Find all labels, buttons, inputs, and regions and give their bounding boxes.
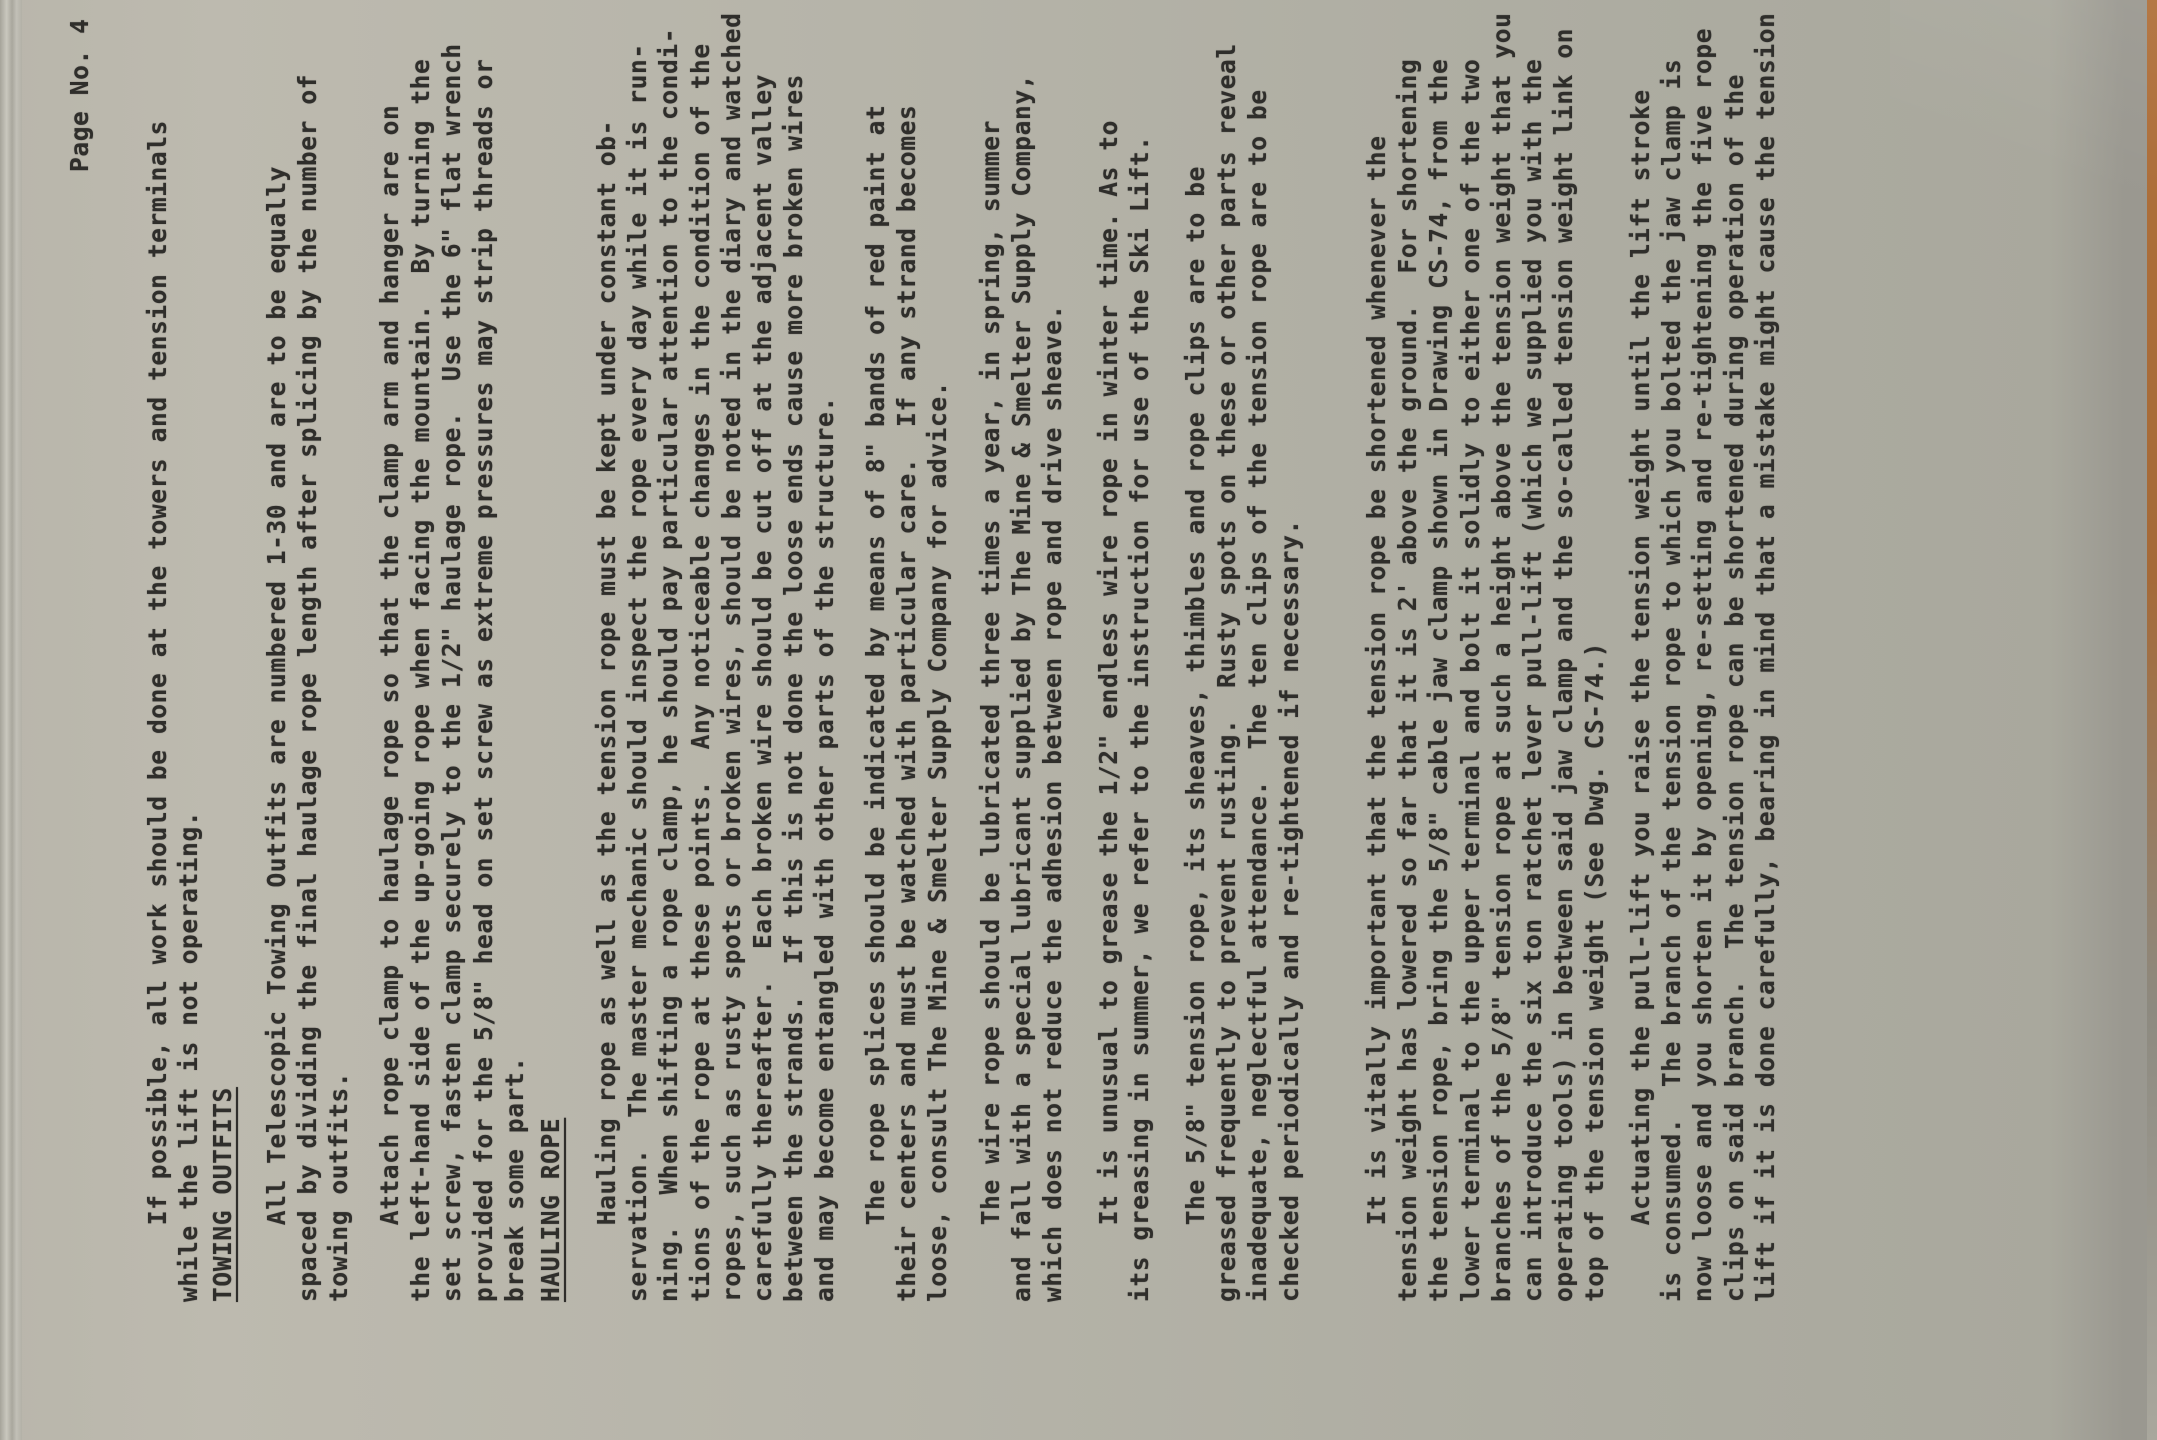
paragraph-line: checked periodically and re-tightened if…: [1274, 519, 1305, 1302]
paragraph-line: its greasing in summer, we refer to the …: [1124, 135, 1155, 1302]
paragraph-line: is consumed. The branch of the tension r…: [1656, 59, 1687, 1302]
paragraph-line: carefully thereafter. Each broken wire s…: [747, 74, 778, 1302]
paragraph-line: which does not reduce the adhesion betwe…: [1037, 304, 1068, 1302]
paragraph-line: The 5/8" tension rope, its sheaves, thim…: [1180, 166, 1211, 1302]
paragraph-line: while the lift is not operating.: [173, 811, 204, 1302]
paragraph-line: greased frequently to prevent rusting. R…: [1211, 43, 1242, 1302]
paragraph-line: ropes, such as rusty spots or broken wir…: [716, 13, 747, 1302]
paragraph-line: and may become entangled with other part…: [809, 396, 840, 1302]
paragraph-line: clips on said branch. The tension rope c…: [1719, 74, 1750, 1302]
paragraph-line: can introduce the six ton ratchet lever …: [1517, 59, 1548, 1302]
paragraph-line: spaced by dividing the final haulage rop…: [292, 74, 323, 1302]
paragraph-line: between the strands. If this is not done…: [778, 74, 809, 1302]
paragraph-line: Attach rope clamp to haulage rope so tha…: [374, 105, 405, 1302]
paragraph-line: Hauling rope as well as the tension rope…: [591, 120, 622, 1302]
paragraph-line: top of the tension weight (See Dwg. CS-7…: [1579, 642, 1610, 1302]
photographed-document-page: Page No. 4 If possible, all work should …: [0, 0, 2157, 1440]
typewritten-page: Page No. 4 If possible, all work should …: [0, 0, 2157, 1440]
paragraph-line: their centers and must be watched with p…: [891, 105, 922, 1302]
paragraph-line: It is vitally important that the tension…: [1361, 135, 1392, 1302]
paragraph-line: lift if it is done carefully, bearing in…: [1750, 13, 1781, 1302]
section-heading: HAULING ROPE: [535, 1118, 566, 1302]
paragraph-line: All Telescopic Towing Outfits are number…: [261, 166, 292, 1302]
paragraph-line: operating tools) in between said jaw cla…: [1548, 28, 1579, 1302]
paragraph-line: ning. When shifting a rope clamp, he sho…: [653, 28, 684, 1302]
paragraph-line: now loose and you shorten it by opening,…: [1687, 28, 1718, 1302]
paragraph-line: lower terminal to the upper terminal and…: [1455, 59, 1486, 1302]
paragraph-line: break some part.: [499, 1056, 530, 1302]
paragraph-line: tions of the rope at these points. Any n…: [685, 43, 716, 1302]
paragraph-line: If possible, all work should be done at …: [142, 120, 173, 1302]
paragraph-line: branches of the 5/8" tension rope at suc…: [1486, 13, 1517, 1302]
paragraph-line: the left-hand side of the up-going rope …: [405, 59, 436, 1302]
paragraph-line: the tension rope, bring the 5/8" cable j…: [1423, 59, 1454, 1302]
paragraph-line: tension weight has lowered so far that i…: [1392, 59, 1423, 1302]
paragraph-line: loose, consult The Mine & Smelter Supply…: [922, 381, 953, 1302]
paragraph-line: The wire rope should be lubricated three…: [975, 120, 1006, 1302]
page-number: Page No. 4: [64, 18, 95, 172]
paragraph-line: inadequate, neglectful attendance. The t…: [1242, 89, 1273, 1302]
paragraph-line: servation. The master mechanic should in…: [622, 43, 653, 1302]
paragraph-line: set screw, fasten clamp securely to the …: [436, 43, 467, 1302]
paragraph-line: towing outfits.: [323, 1072, 354, 1302]
paragraph-line: provided for the 5/8" head on set screw …: [468, 59, 499, 1302]
paragraph-line: The rope splices should be indicated by …: [860, 105, 891, 1302]
paragraph-line: and fall with a special lubricant suppli…: [1006, 74, 1037, 1302]
paragraph-line: It is unusual to grease the 1/2" endless…: [1093, 120, 1124, 1302]
section-heading: TOWING OUTFITS: [207, 1087, 238, 1302]
paragraph-line: Actuating the pull-lift you raise the te…: [1625, 89, 1656, 1302]
